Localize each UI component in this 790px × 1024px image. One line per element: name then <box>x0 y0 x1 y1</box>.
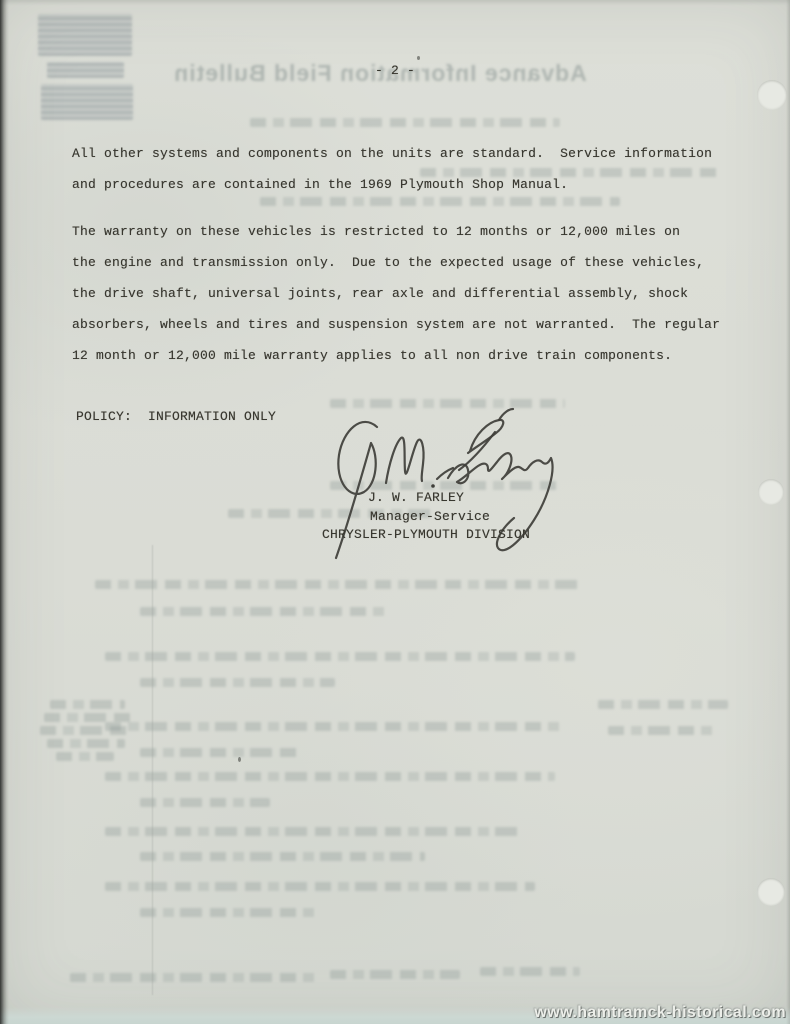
paragraph-warranty: The warranty on these vehicles is restri… <box>72 216 720 371</box>
scan-edge-shadow-left <box>0 0 9 1024</box>
scan-edge-shadow-right <box>786 0 790 1024</box>
text-line: 12 month or 12,000 mile warranty applies… <box>72 340 720 371</box>
paragraph-service-info: All other systems and components on the … <box>72 138 712 200</box>
letter-body: - 2 - All other systems and components o… <box>0 0 790 1024</box>
signer-division: CHRYSLER-PLYMOUTH DIVISION <box>322 527 530 542</box>
punch-hole <box>757 80 787 110</box>
text-line: the drive shaft, universal joints, rear … <box>72 278 720 309</box>
punch-hole <box>758 479 784 505</box>
signer-title: Manager-Service <box>370 509 490 524</box>
text-line: All other systems and components on the … <box>72 138 712 169</box>
text-line: The warranty on these vehicles is restri… <box>72 216 720 247</box>
policy-line: POLICY: INFORMATION ONLY <box>76 409 276 424</box>
site-watermark: www.hamtramck-historical.com <box>534 1004 786 1022</box>
text-line: absorbers, wheels and tires and suspensi… <box>72 309 720 340</box>
punch-hole <box>757 878 785 906</box>
text-line: the engine and transmission only. Due to… <box>72 247 720 278</box>
signer-name: J. W. FARLEY <box>368 490 464 505</box>
scanned-document-page: Advance Information Field Bulletin - 2 -… <box>0 0 790 1024</box>
page-number: - 2 - <box>0 63 790 78</box>
text-line: and procedures are contained in the 1969… <box>72 169 712 200</box>
